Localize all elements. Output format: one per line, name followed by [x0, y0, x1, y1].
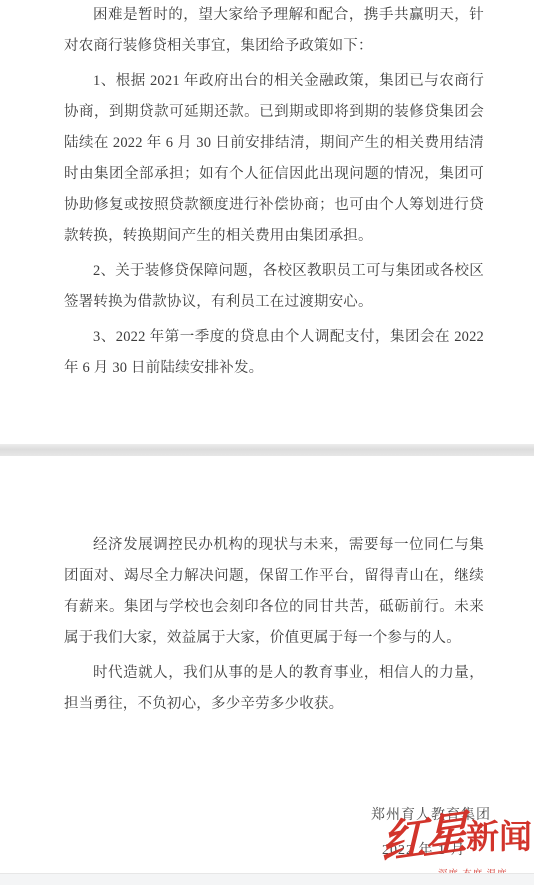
bottom-edge-strip	[0, 873, 534, 885]
signature-org-name: 郑州育人教育集团	[371, 806, 491, 826]
paragraph-intro: 困难是暂时的，望大家给予理解和配合，携手共赢明天，针对农商行装修贷相关事宜，集团…	[64, 0, 484, 62]
paragraph-policy-1: 1、根据 2021 年政府出台的相关金融政策，集团已与农商行协商，到期贷款可延期…	[64, 66, 484, 252]
section-divider	[0, 444, 534, 456]
paragraph-policy-2: 2、关于装修贷保障问题，各校区教职员工可与集团或各校区签署转换为借款协议，有利员…	[64, 256, 484, 318]
paragraph-policy-3: 3、2022 年第一季度的贷息由个人调配支付，集团会在 2022 年 6 月 3…	[64, 322, 484, 384]
paragraph-closing-1: 经济发展调控民办机构的现状与未来，需要每一位同仁与集团面对、竭尽全力解决问题，保…	[64, 530, 484, 654]
notice-section-closing: 经济发展调控民办机构的现状与未来，需要每一位同仁与集团面对、竭尽全力解决问题，保…	[64, 530, 484, 720]
notice-section-policy: 困难是暂时的，望大家给予理解和配合，携手共赢明天，针对农商行装修贷相关事宜，集团…	[64, 0, 484, 384]
document-page: 困难是暂时的，望大家给予理解和配合，携手共赢明天，针对农商行装修贷相关事宜，集团…	[0, 0, 534, 885]
signature-date: 2022 年 1 月	[382, 841, 466, 861]
paragraph-closing-2: 时代造就人，我们从事的是人的教育事业，相信人的力量，担当勇往，不负初心，多少辛劳…	[64, 658, 484, 720]
